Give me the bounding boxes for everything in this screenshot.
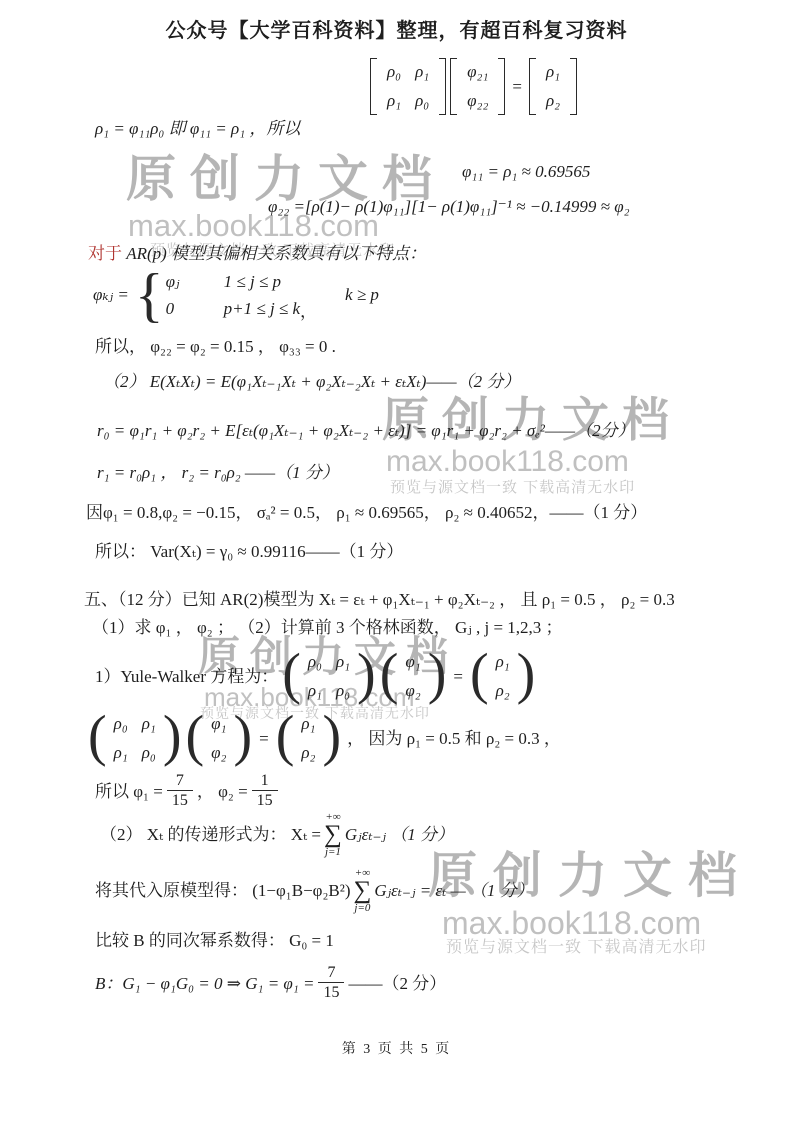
substitution-label: 将其代入原模型得： (1−φ₁B−φ₂B²) <box>95 880 351 901</box>
coef-matrix: ρ₀ρ₁ ρ₁ρ₀ <box>370 58 446 115</box>
left-brace: { <box>135 268 164 322</box>
score-mark: ——（2 分） <box>348 973 446 994</box>
left-bracket <box>450 58 457 115</box>
matrix-cell: φ₂ <box>211 743 226 763</box>
sigma-symbol: ∑ <box>354 879 372 903</box>
right-bracket <box>439 58 446 115</box>
transfer-form-line: （2） Xₜ 的传递形式为： Xₜ = +∞ ∑ j=1 Gⱼεₜ₋ⱼ （1 分… <box>100 812 454 858</box>
fraction-1-15: 1 15 <box>252 772 278 811</box>
page-header: 公众号【大学百科资料】整理，有超百科复习资料 <box>0 14 793 43</box>
conclusion-phi-values: 所以， φ₂₂ = φ₂ = 0.15 ， φ₃₃ = 0 . <box>95 336 336 357</box>
equals-sign: = <box>259 729 269 749</box>
left-bracket <box>529 58 536 115</box>
matrix-cell: ρ₁ <box>301 714 315 734</box>
matrix-cell: φ₁ <box>405 652 420 672</box>
transfer-form-label: （2） Xₜ 的传递形式为： Xₜ = <box>100 824 321 845</box>
coef-matrix: ( ρ₀ρ₁ ρ₁ρ₀ ) <box>282 648 375 705</box>
matrix-cell: φ₂ <box>405 681 420 701</box>
fraction-denominator: 15 <box>318 982 344 1002</box>
matrix-cell: ρ₀ <box>114 714 128 734</box>
rho-vector: ( ρ₁ρ₂ ) <box>276 710 341 767</box>
fraction-denominator: 15 <box>252 790 278 810</box>
watermark-site: max.book118.com <box>386 447 629 477</box>
equals-sign: = <box>453 667 463 687</box>
sum-lower-limit: j=0 <box>354 903 370 914</box>
right-paren: ) <box>357 647 376 705</box>
highlight-duiyu: 对于 <box>88 244 122 263</box>
right-bracket <box>498 58 505 115</box>
fraction-7-15: 7 15 <box>167 772 193 811</box>
formula-phi11-value: φ₁₁ = ρ₁ ≈ 0.69565 <box>462 161 590 182</box>
transfer-form-terms: Gⱼεₜ₋ⱼ （1 分） <box>345 824 454 845</box>
left-paren: ( <box>470 647 489 705</box>
g1-equation: B：G₁ − φ₁G₀ = 0 ⇒ G₁ = φ₁ = <box>95 973 314 994</box>
sigma-symbol: ∑ <box>324 823 342 847</box>
substitution-terms: Gⱼεₜ₋ⱼ = εₜ — （1 分） <box>374 880 533 901</box>
summation-1: +∞ ∑ j=1 <box>324 812 342 858</box>
matrix-cell: ρ₀ <box>142 743 156 763</box>
matrix-cell: ρ₂ <box>301 743 315 763</box>
matrix-cell: ρ₀ <box>415 91 429 111</box>
given-values-line: 因φ₁ = 0.8,φ₂ = −0.15， σₐ² = 0.5， ρ₁ ≈ 0.… <box>86 502 647 523</box>
matrix-cell: φ₂₂ <box>467 91 488 111</box>
left-bracket <box>370 58 377 115</box>
matrix-cell: ρ₂ <box>546 91 560 111</box>
right-paren: ) <box>428 647 447 705</box>
matrix-cell: ρ₁ <box>114 743 128 763</box>
rho-vector: ρ₁ρ₂ <box>529 58 577 115</box>
phi-solution-line: 所以 φ₁ = 7 15 ， φ₂ = 1 15 <box>95 772 282 811</box>
left-paren: ( <box>88 709 107 767</box>
left-paren: ( <box>185 709 204 767</box>
formula-rho-phi11: ρ₁ = φ₁₁ρ₀ 即 φ₁₁ = ρ₁ ，所以 <box>95 118 300 139</box>
watermark-note: 预览与源文档一致 下载高清无水印 <box>446 940 706 956</box>
fraction-numerator: 7 <box>176 772 184 790</box>
formula-r0: r₀ = φ₁r₁ + φ₂r₂ + E[εₜ(φ₁Xₜ₋₁ + φ₂Xₜ₋₂ … <box>97 420 635 441</box>
matrix-cell: ρ₁ <box>308 681 322 701</box>
variance-result-line: 所以： Var(Xₜ) = γ₀ ≈ 0.99116——（1 分） <box>95 541 403 562</box>
formula-phi22-value: φ₂₂ =[ρ(1)− ρ(1)φ₁₁][1− ρ(1)φ₁₁]⁻¹ ≈ −0.… <box>268 196 630 217</box>
piecewise-cond-1: 1 ≤ j ≤ p <box>224 272 281 292</box>
right-bracket <box>570 58 577 115</box>
fraction-7-15: 7 15 <box>318 964 344 1003</box>
piecewise-lhs: φₖⱼ = <box>93 284 129 305</box>
piecewise-cond-2: p+1 ≤ j ≤ k <box>224 299 300 319</box>
matrix-cell: ρ₀ <box>387 62 401 82</box>
right-paren: ) <box>322 709 341 767</box>
phi2-equals: ， φ₂ = <box>197 781 248 802</box>
summation-2: +∞ ∑ j=0 <box>354 868 372 914</box>
formula-r1-r2: r₁ = r₀ρ₁ ， r₂ = r₀ρ₂ ——（1 分） <box>97 462 339 483</box>
question5-statement: 五、（12 分）已知 AR(2)模型为 Xₜ = εₜ + φ₁Xₜ₋₁ + φ… <box>84 589 675 610</box>
right-paren: ) <box>233 709 252 767</box>
piecewise-tail: k ≥ p <box>345 285 379 305</box>
document-page: 原创力文档 max.book118.com 预览与源文档一致 下载高清无水印 原… <box>0 0 793 1122</box>
matrix-cell: ρ₁ <box>546 62 560 82</box>
fraction-numerator: 1 <box>261 772 269 790</box>
compare-coefficients-line: 比较 B 的同次幂系数得： G₀ = 1 <box>95 930 334 951</box>
matrix-cell: ρ₁ <box>387 91 401 111</box>
matrix-cell: ρ₀ <box>336 681 350 701</box>
left-paren: ( <box>276 709 295 767</box>
ar-p-note-text: AR(p) 模型其偏相关系数具有以下特点： <box>126 244 426 263</box>
piecewise-value-2: 0 <box>166 299 224 319</box>
equals-sign: = <box>512 77 522 97</box>
rho-vector: ( ρ₁ρ₂ ) <box>470 648 535 705</box>
yule-walker-line: 1）Yule-Walker 方程为： ( ρ₀ρ₁ ρ₁ρ₀ ) ( φ₁φ₂ … <box>95 648 537 705</box>
matrix-cell: ρ₁ <box>496 652 510 672</box>
fraction-numerator: 7 <box>327 964 335 982</box>
left-paren: ( <box>282 647 301 705</box>
fraction-denominator: 15 <box>167 790 193 810</box>
sum-lower-limit: j=1 <box>325 847 341 858</box>
left-paren: ( <box>380 647 399 705</box>
page-number: 第 3 页 共 5 页 <box>0 1038 793 1058</box>
right-paren: ) <box>163 709 182 767</box>
substitution-line: 将其代入原模型得： (1−φ₁B−φ₂B²) +∞ ∑ j=0 Gⱼεₜ₋ⱼ =… <box>95 868 534 914</box>
because-rho-values: ， 因为 ρ₁ = 0.5 和 ρ₂ = 0.3 ， <box>347 728 561 749</box>
formula-expectation: （2） E(XₜXₜ) = E(φ₁Xₜ₋₁Xₜ + φ₂Xₜ₋₂Xₜ + εₜ… <box>103 371 520 392</box>
yule-walker-line-2: ( ρ₀ρ₁ ρ₁ρ₀ ) ( φ₁φ₂ ) = ( ρ₁ρ₂ ) ， 因为 ρ… <box>86 710 561 767</box>
matrix-cell: ρ₁ <box>336 652 350 672</box>
matrix-cell: ρ₁ <box>142 714 156 734</box>
matrix-cell: ρ₂ <box>496 681 510 701</box>
piecewise-definition: φₖⱼ = { φⱼ1 ≤ j ≤ p 0p+1 ≤ j ≤ k ， k ≥ p <box>93 268 379 322</box>
matrix-cell: φ₂₁ <box>467 62 488 82</box>
question5-parts: （1）求 φ₁ ， φ₂ ； （2）计算前 3 个格林函数， Gⱼ , j = … <box>92 617 563 638</box>
matrix-cell: ρ₀ <box>308 652 322 672</box>
matrix-cell: φ₁ <box>211 714 226 734</box>
watermark-note: 预览与源文档一致 下载高清无水印 <box>390 480 635 495</box>
coef-matrix: ( ρ₀ρ₁ ρ₁ρ₀ ) <box>88 710 181 767</box>
phi-vector: φ₂₁φ₂₂ <box>450 58 505 115</box>
g1-result-line: B：G₁ − φ₁G₀ = 0 ⇒ G₁ = φ₁ = 7 15 ——（2 分） <box>95 964 446 1003</box>
phi-vector: ( φ₁φ₂ ) <box>380 648 447 705</box>
right-paren: ) <box>517 647 536 705</box>
piecewise-comma: ， <box>300 297 317 322</box>
matrix-equation-1: ρ₀ρ₁ ρ₁ρ₀ φ₂₁φ₂₂ = ρ₁ρ₂ <box>368 58 579 115</box>
phi-vector: ( φ₁φ₂ ) <box>185 710 252 767</box>
piecewise-value-1: φⱼ <box>166 272 224 292</box>
matrix-cell: ρ₁ <box>415 62 429 82</box>
phi1-equals: 所以 φ₁ = <box>95 781 163 802</box>
yule-walker-label: 1）Yule-Walker 方程为： <box>95 666 278 687</box>
